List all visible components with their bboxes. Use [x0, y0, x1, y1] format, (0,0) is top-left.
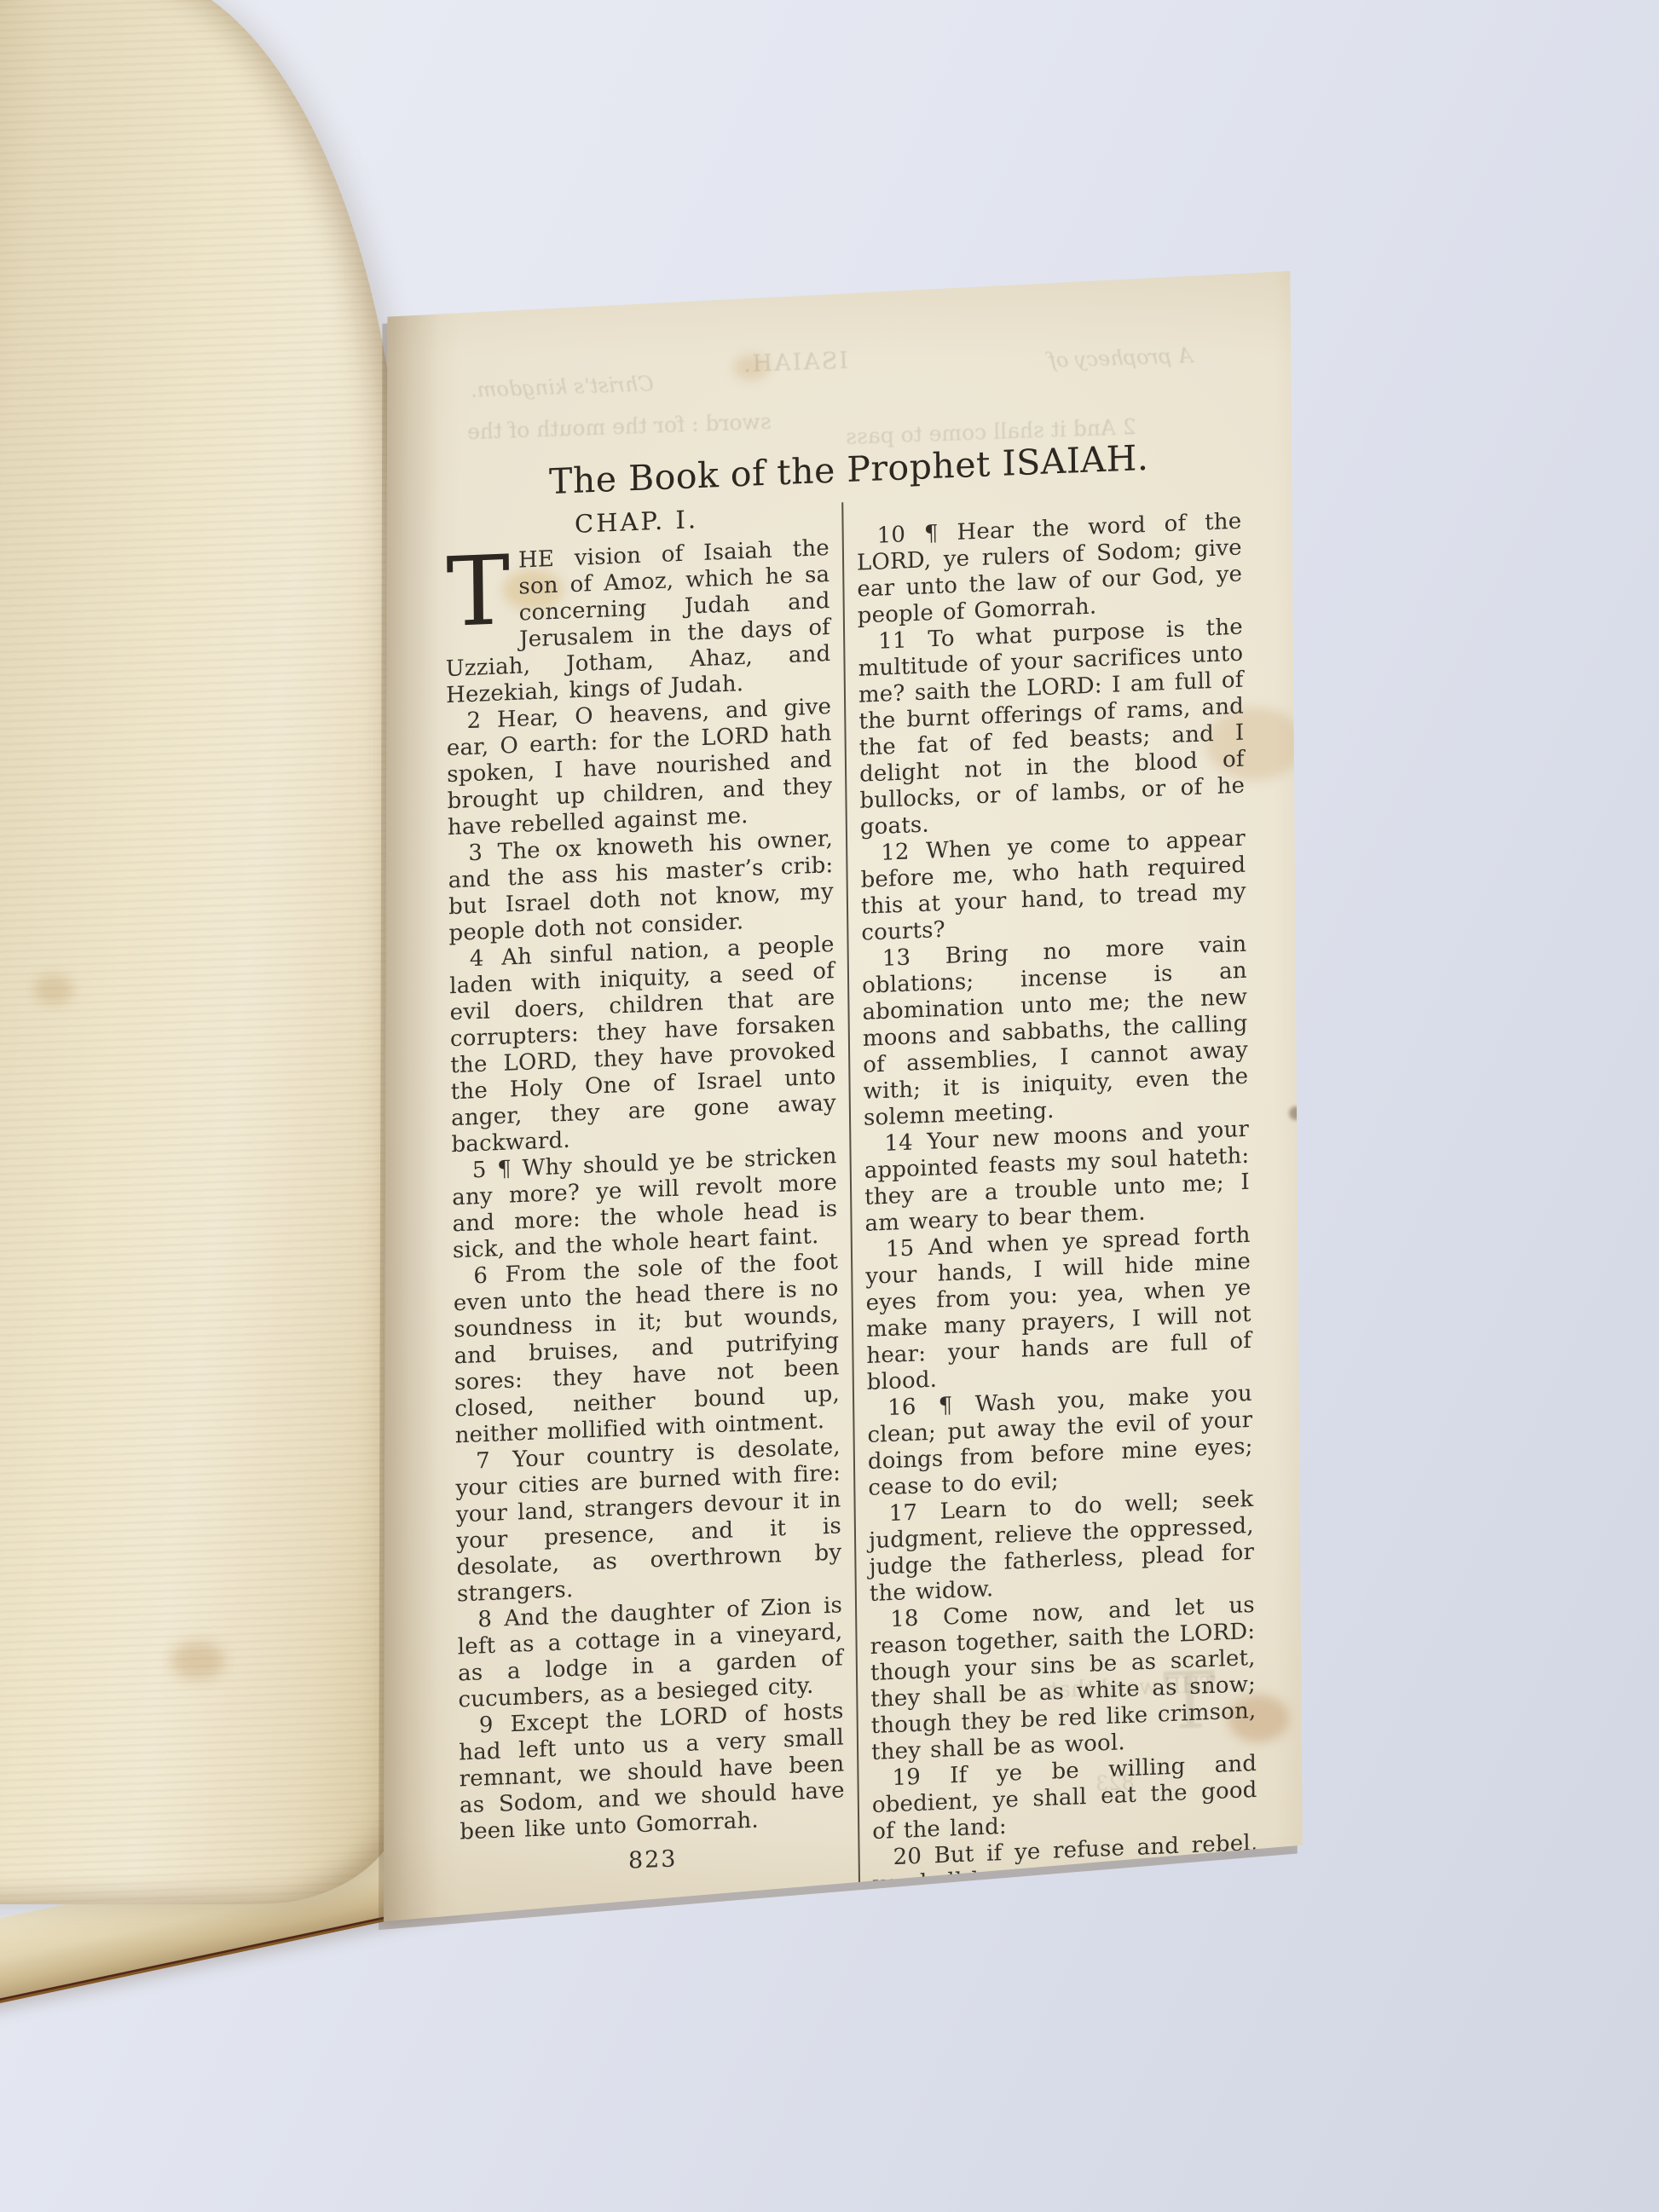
verse-12: 12 When ye come to appear before me, who… — [860, 826, 1246, 947]
book-photo: A prophecy of ISAIAH. Christ's kingdom. … — [0, 0, 1659, 2212]
verse-19: 19 If ye be willing and obedient, ye sha… — [871, 1751, 1257, 1845]
verse-2: 2 Hear, O heavens, and give ear, O earth… — [446, 694, 833, 841]
verse-18: 18 Come now, and let us reason together,… — [870, 1592, 1257, 1766]
verse-13: 13 Bring no more vain oblations; incense… — [862, 932, 1249, 1132]
verse-9: 9 Except the LORD of hosts had left unto… — [459, 1698, 846, 1845]
page-stack — [0, 0, 405, 1904]
verse-8: 8 And the daughter of Zion is left as a … — [457, 1592, 843, 1713]
column-rule — [841, 502, 860, 1909]
signature-mark: 2 M 4 — [873, 1891, 1258, 1933]
verse-5: 5 ¶ Why should ye be stricken any more? … — [452, 1143, 838, 1264]
drop-cap: T — [444, 548, 519, 632]
verse-15: 15 And when ye spread forth your hands, … — [865, 1222, 1252, 1396]
page-number: 823 — [460, 1839, 846, 1880]
verse-17: 17 Learn to do well; seek judgment, reli… — [869, 1487, 1255, 1608]
text-columns: CHAP. I. THE vision of Isaiah the son of… — [444, 482, 1273, 1950]
verse-4: 4 Ah sinful nation, a people laden with … — [449, 932, 837, 1158]
page-content: The Book of the Prophet ISAIAH. CHAP. I.… — [442, 305, 1272, 1950]
verse-3: 3 The ox knoweth his owner, and the ass … — [448, 826, 834, 947]
book-page: A prophecy of ISAIAH. Christ's kingdom. … — [375, 256, 1321, 1952]
verse-6: 6 From the sole of the foot even unto th… — [453, 1249, 840, 1449]
verse-14: 14 Your new moons and your appointed fea… — [864, 1117, 1250, 1238]
verse-7: 7 Your country is desolate, your cities … — [455, 1434, 842, 1608]
foxing-spot — [34, 975, 73, 1004]
verse-16: 16 ¶ Wash you, make you clean; put away … — [867, 1381, 1253, 1502]
stain — [1289, 1106, 1303, 1120]
verse-10: 10 ¶ Hear the word of the LORD, ye ruler… — [857, 509, 1243, 630]
right-column: 10 ¶ Hear the word of the LORD, ye ruler… — [856, 483, 1258, 1934]
left-column: CHAP. I. THE vision of Isaiah the son of… — [444, 500, 847, 1950]
verse-1: THE vision of Isaiah the son of Amoz, wh… — [444, 535, 831, 709]
foxing-spot — [171, 1642, 225, 1679]
verse-11: 11 To what purpose is the multitude of y… — [858, 615, 1246, 841]
